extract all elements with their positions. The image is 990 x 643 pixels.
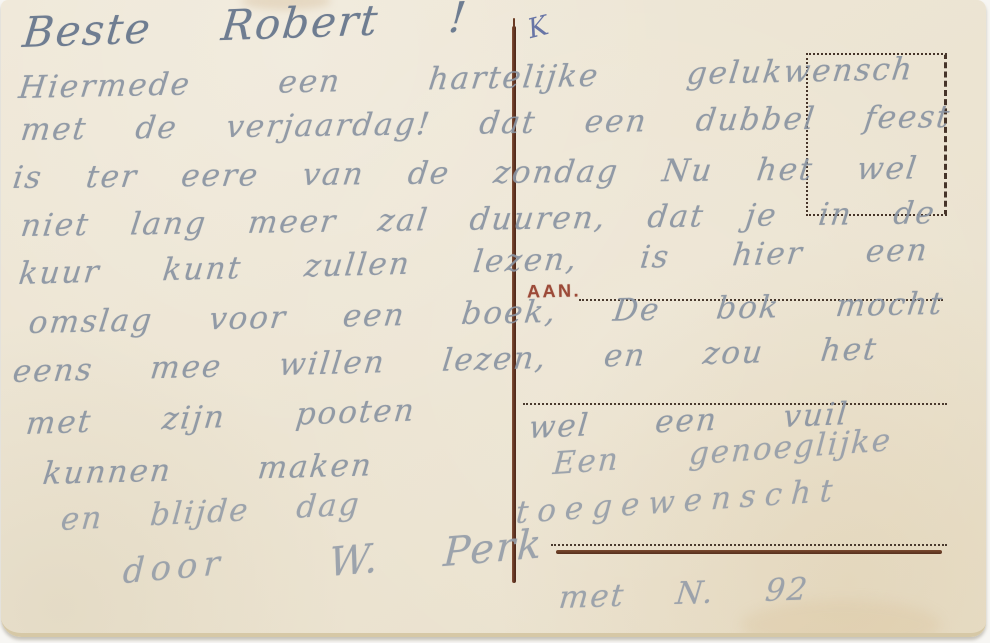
handwriting-line: met N. 92 — [557, 571, 811, 616]
handwriting-salutation: Beste Robert ! — [20, 0, 470, 57]
handwriting-line: door — [122, 541, 249, 592]
handwriting-line: kunnen maken — [41, 447, 375, 492]
handwriting-line: Hiermede een hartelijke gelukwensch — [17, 51, 916, 106]
center-divider-rule-tip — [513, 18, 515, 30]
handwriting-line: eens mee willen lezen, en zou het — [11, 331, 880, 390]
blue-ink-mark: K — [525, 10, 552, 45]
postcard-paper: AAN. Beste Robert ! Hiermede een harteli… — [1, 0, 986, 637]
handwriting-line: met zijn pooten — [24, 392, 418, 442]
address-dotted-line-3 — [551, 544, 947, 546]
handwriting-line: en blijde dag — [59, 486, 362, 538]
address-solid-rule — [556, 550, 942, 554]
handwriting-line: is ter eere van de zondag Nu het wel — [11, 150, 921, 196]
postcard-scan: AAN. Beste Robert ! Hiermede een harteli… — [0, 0, 990, 643]
